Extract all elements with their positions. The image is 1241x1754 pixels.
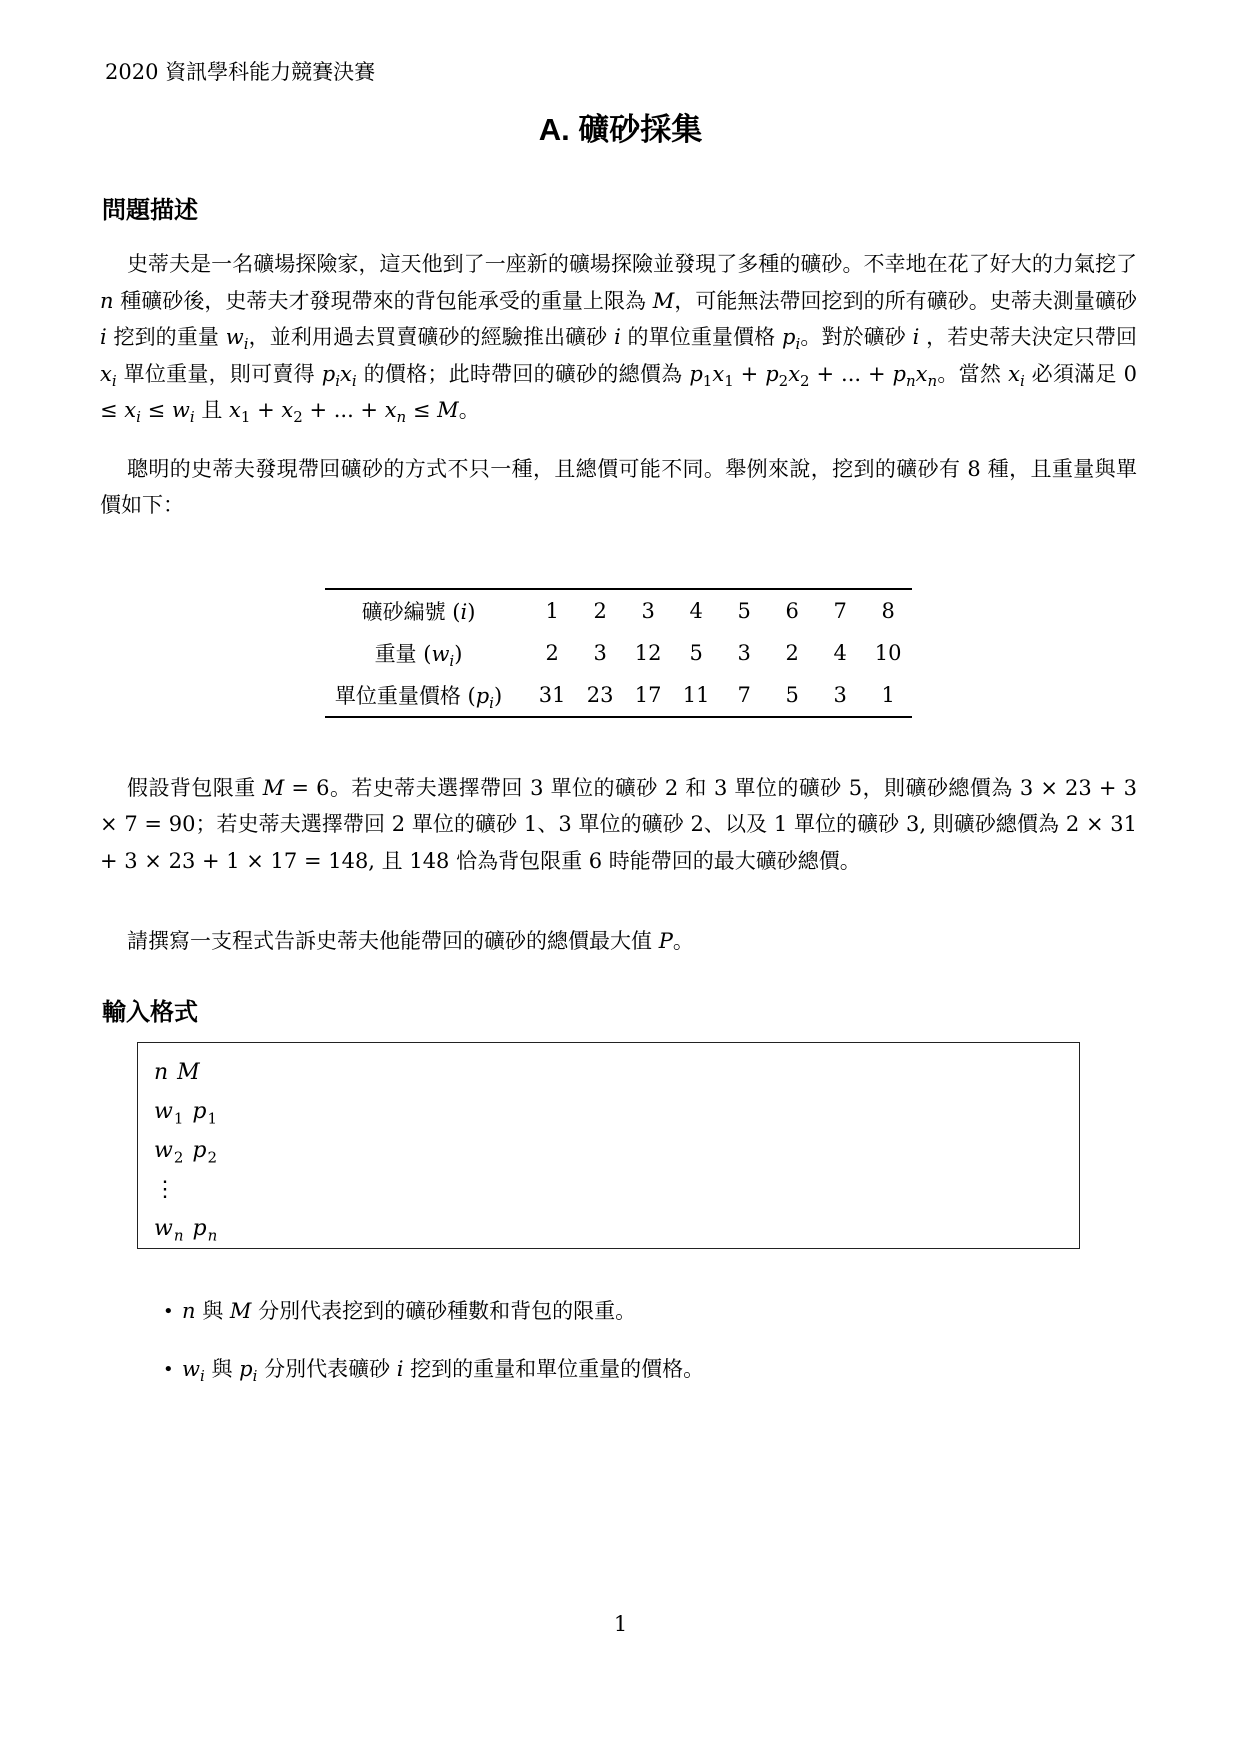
input-format-line: n M [154, 1053, 1079, 1092]
mineral-table-body: 礦砂編號 (i)12345678重量 (wi)2312532410單位重量價格 … [325, 589, 912, 717]
table-cell: 4 [672, 589, 720, 632]
table-cell: 5 [672, 632, 720, 674]
list-item-text: wi 與 pi 分別代表礦砂 i 挖到的重量和單位重量的價格。 [182, 1357, 704, 1381]
section-heading-input-format: 輸入格式 [102, 998, 1137, 1028]
input-format-box: n Mw1 p1w2 p2⋮wn pn [137, 1042, 1080, 1249]
section-heading-problem: 問題描述 [102, 196, 1137, 226]
table-cell: 2 [576, 589, 624, 632]
running-header: 2020 資訊學科能力競賽決賽 [105, 58, 375, 86]
table-cell: 10 [864, 632, 912, 674]
paragraph-problem-2: 聰明的史蒂夫發現帶回礦砂的方式不只一種，且總價可能不同。舉例來說，挖到的礦砂有 … [100, 451, 1137, 524]
bullet-icon: • [163, 1293, 174, 1330]
document-content: 問題描述 史蒂夫是一名礦場探險家，這天他到了一座新的礦場探險並發現了多種的礦砂。… [100, 196, 1137, 1409]
mineral-table: 礦砂編號 (i)12345678重量 (wi)2312532410單位重量價格 … [325, 588, 912, 718]
input-notes-list: •n 與 M 分別代表挖到的礦砂種數和背包的限重。•wi 與 pi 分別代表礦砂… [100, 1293, 1137, 1388]
table-cell: 17 [624, 674, 672, 717]
table-cell: 23 [576, 674, 624, 717]
table-cell: 1 [528, 589, 576, 632]
list-item: •n 與 M 分別代表挖到的礦砂種數和背包的限重。 [100, 1293, 1137, 1330]
table-row-label: 重量 (wi) [325, 632, 528, 674]
table-cell: 2 [768, 632, 816, 674]
table-cell: 1 [864, 674, 912, 717]
table-cell: 3 [624, 589, 672, 632]
paragraph-problem-1: 史蒂夫是一名礦場探險家，這天他到了一座新的礦場探險並發現了多種的礦砂。不幸地在花… [100, 246, 1137, 429]
table-cell: 5 [768, 674, 816, 717]
input-format-line: w2 p2 [154, 1131, 1079, 1170]
document-page: 2020 資訊學科能力競賽決賽 A. 礦砂採集 問題描述 史蒂夫是一名礦場探險家… [0, 0, 1241, 1754]
page-number: 1 [0, 1612, 1241, 1636]
table-cell: 11 [672, 674, 720, 717]
table-row-label: 礦砂編號 (i) [325, 589, 528, 632]
table-cell: 7 [816, 589, 864, 632]
table-cell: 6 [768, 589, 816, 632]
doc-title: A. 礦砂採集 [0, 104, 1241, 149]
input-format-line: w1 p1 [154, 1092, 1079, 1131]
table-cell: 3 [720, 632, 768, 674]
table-cell: 12 [624, 632, 672, 674]
table-cell: 7 [720, 674, 768, 717]
paragraph-example: 假設背包限重 M = 6。若史蒂夫選擇帶回 3 單位的礦砂 2 和 3 單位的礦… [100, 770, 1137, 880]
bullet-icon: • [163, 1351, 174, 1388]
table-row-label: 單位重量價格 (pi) [325, 674, 528, 717]
table-row: 礦砂編號 (i)12345678 [325, 589, 912, 632]
table-row: 重量 (wi)2312532410 [325, 632, 912, 674]
table-cell: 4 [816, 632, 864, 674]
input-format-line: ⋮ [154, 1170, 1079, 1209]
table-cell: 3 [816, 674, 864, 717]
list-item: •wi 與 pi 分別代表礦砂 i 挖到的重量和單位重量的價格。 [100, 1351, 1137, 1388]
table-cell: 31 [528, 674, 576, 717]
table-row: 單位重量價格 (pi)312317117531 [325, 674, 912, 717]
table-cell: 3 [576, 632, 624, 674]
table-cell: 2 [528, 632, 576, 674]
list-item-text: n 與 M 分別代表挖到的礦砂種數和背包的限重。 [182, 1299, 636, 1323]
table-cell: 5 [720, 589, 768, 632]
table-cell: 8 [864, 589, 912, 632]
input-format-line: wn pn [154, 1209, 1079, 1248]
paragraph-task: 請撰寫一支程式告訴史蒂夫他能帶回的礦砂的總價最大值 P。 [100, 923, 1137, 960]
